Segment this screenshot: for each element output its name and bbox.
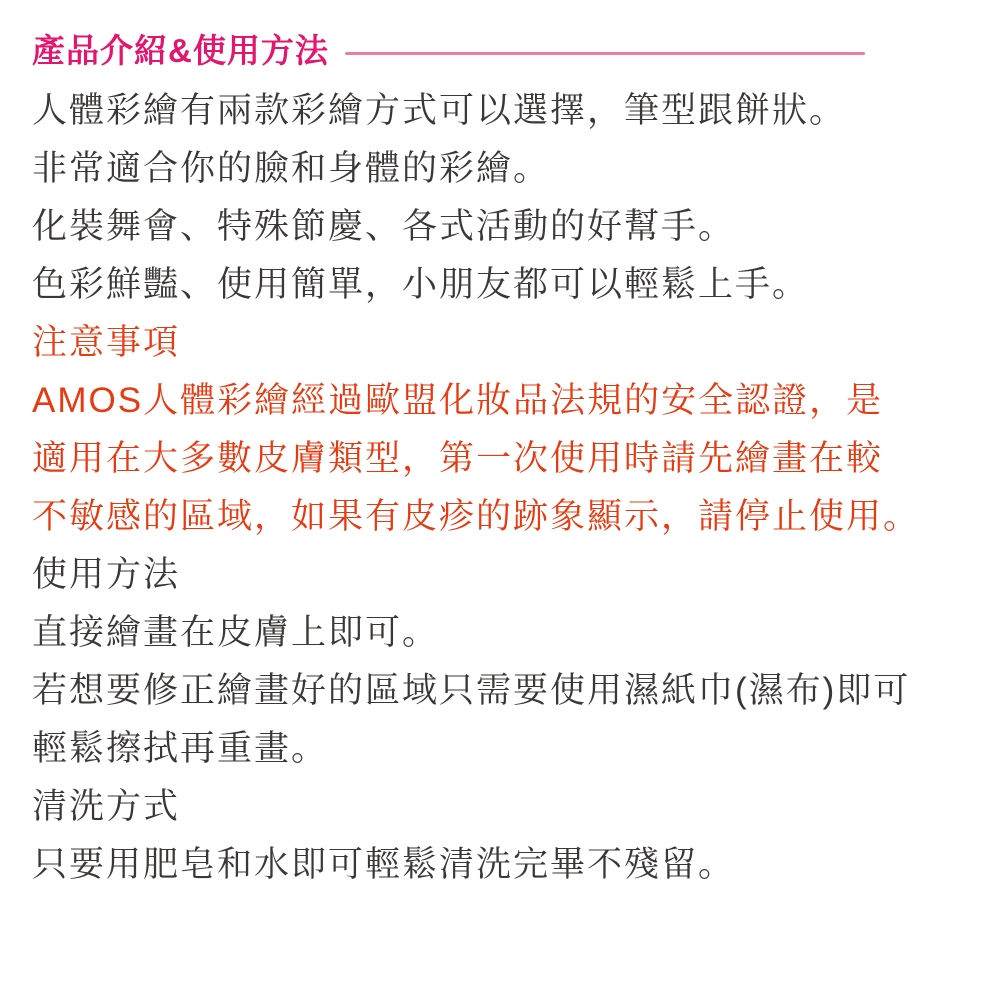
notice-line-1: AMOS人體彩繪經過歐盟化妝品法規的安全認證，是: [32, 372, 972, 430]
notice-line-2: 適用在大多數皮膚類型，第一次使用時請先繪畫在較: [32, 430, 972, 488]
text-line-intro-3: 化裝舞會、特殊節慶、各式活動的好幫手。: [32, 198, 972, 256]
usage-line-1: 直接繪畫在皮膚上即可。: [32, 604, 972, 662]
description-text-block: 人體彩繪有兩款彩繪方式可以選擇，筆型跟餅狀。 非常適合你的臉和身體的彩繪。 化裝…: [0, 82, 1000, 894]
text-line-intro-4: 色彩鮮豔、使用簡單，小朋友都可以輕鬆上手。: [32, 256, 972, 314]
cleaning-line-1: 只要用肥皂和水即可輕鬆清洗完畢不殘留。: [32, 836, 972, 894]
section-header: 產品介紹&使用方法: [0, 0, 1000, 69]
notice-heading: 注意事項: [32, 314, 972, 372]
usage-heading: 使用方法: [32, 546, 972, 604]
header-rule-line: [345, 52, 865, 55]
usage-line-3: 輕鬆擦拭再重畫。: [32, 720, 972, 778]
section-title: 產品介紹&使用方法: [32, 33, 329, 69]
usage-line-2: 若想要修正繪畫好的區域只需要使用濕紙巾(濕布)即可: [32, 662, 972, 720]
text-line-intro-1: 人體彩繪有兩款彩繪方式可以選擇，筆型跟餅狀。: [32, 82, 972, 140]
cleaning-heading: 清洗方式: [32, 778, 972, 836]
text-line-intro-2: 非常適合你的臉和身體的彩繪。: [32, 140, 972, 198]
notice-line-3: 不敏感的區域，如果有皮疹的跡象顯示，請停止使用。: [32, 488, 972, 546]
product-description-page: 產品介紹&使用方法 人體彩繪有兩款彩繪方式可以選擇，筆型跟餅狀。 非常適合你的臉…: [0, 0, 1000, 1000]
